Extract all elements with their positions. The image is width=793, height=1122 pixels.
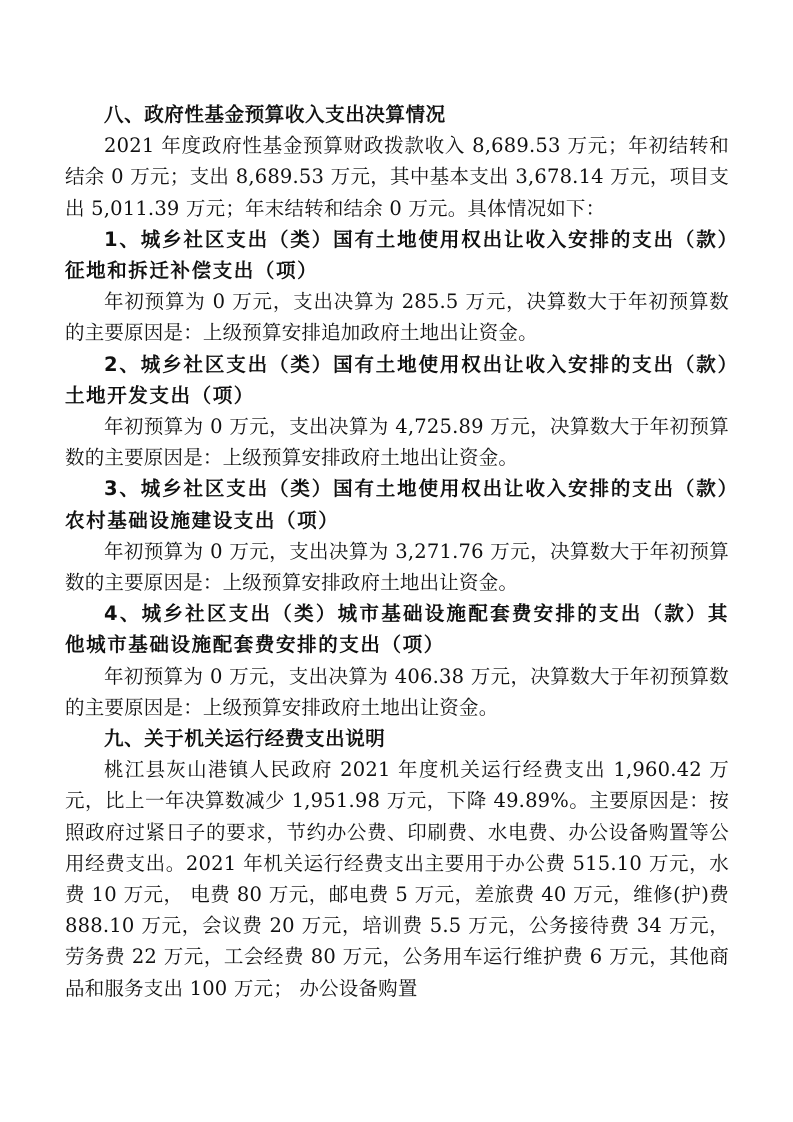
item-1-title: 1、城乡社区支出（类）国有土地使用权出让收入安排的支出（款）征地和拆迁补偿支出（… — [65, 224, 729, 286]
section-8-heading: 八、政府性基金预算收入支出决算情况 — [65, 99, 729, 130]
item-3-title: 3、城乡社区支出（类）国有土地使用权出让收入安排的支出（款）农村基础设施建设支出… — [65, 473, 729, 535]
item-4-title: 4、城乡社区支出（类）城市基础设施配套费安排的支出（款）其他城市基础设施配套费安… — [65, 598, 729, 660]
document-page: 八、政府性基金预算收入支出决算情况 2021 年度政府性基金预算财政拨款收入 8… — [65, 99, 729, 1004]
item-1-body: 年初预算为 0 万元，支出决算为 285.5 万元，决算数大于年初预算数的主要原… — [65, 286, 729, 348]
section-8-intro: 2021 年度政府性基金预算财政拨款收入 8,689.53 万元；年初结转和结余… — [65, 130, 729, 224]
item-3-body: 年初预算为 0 万元，支出决算为 3,271.76 万元，决算数大于年初预算数的… — [65, 536, 729, 598]
section-9-body: 桃江县灰山港镇人民政府 2021 年度机关运行经费支出 1,960.42 万元，… — [65, 754, 729, 1004]
item-2-title: 2、城乡社区支出（类）国有土地使用权出让收入安排的支出（款）土地开发支出（项） — [65, 349, 729, 411]
section-9-heading: 九、关于机关运行经费支出说明 — [65, 723, 729, 754]
item-2-body: 年初预算为 0 万元，支出决算为 4,725.89 万元，决算数大于年初预算数的… — [65, 411, 729, 473]
item-4-body: 年初预算为 0 万元，支出决算为 406.38 万元，决算数大于年初预算数的主要… — [65, 661, 729, 723]
